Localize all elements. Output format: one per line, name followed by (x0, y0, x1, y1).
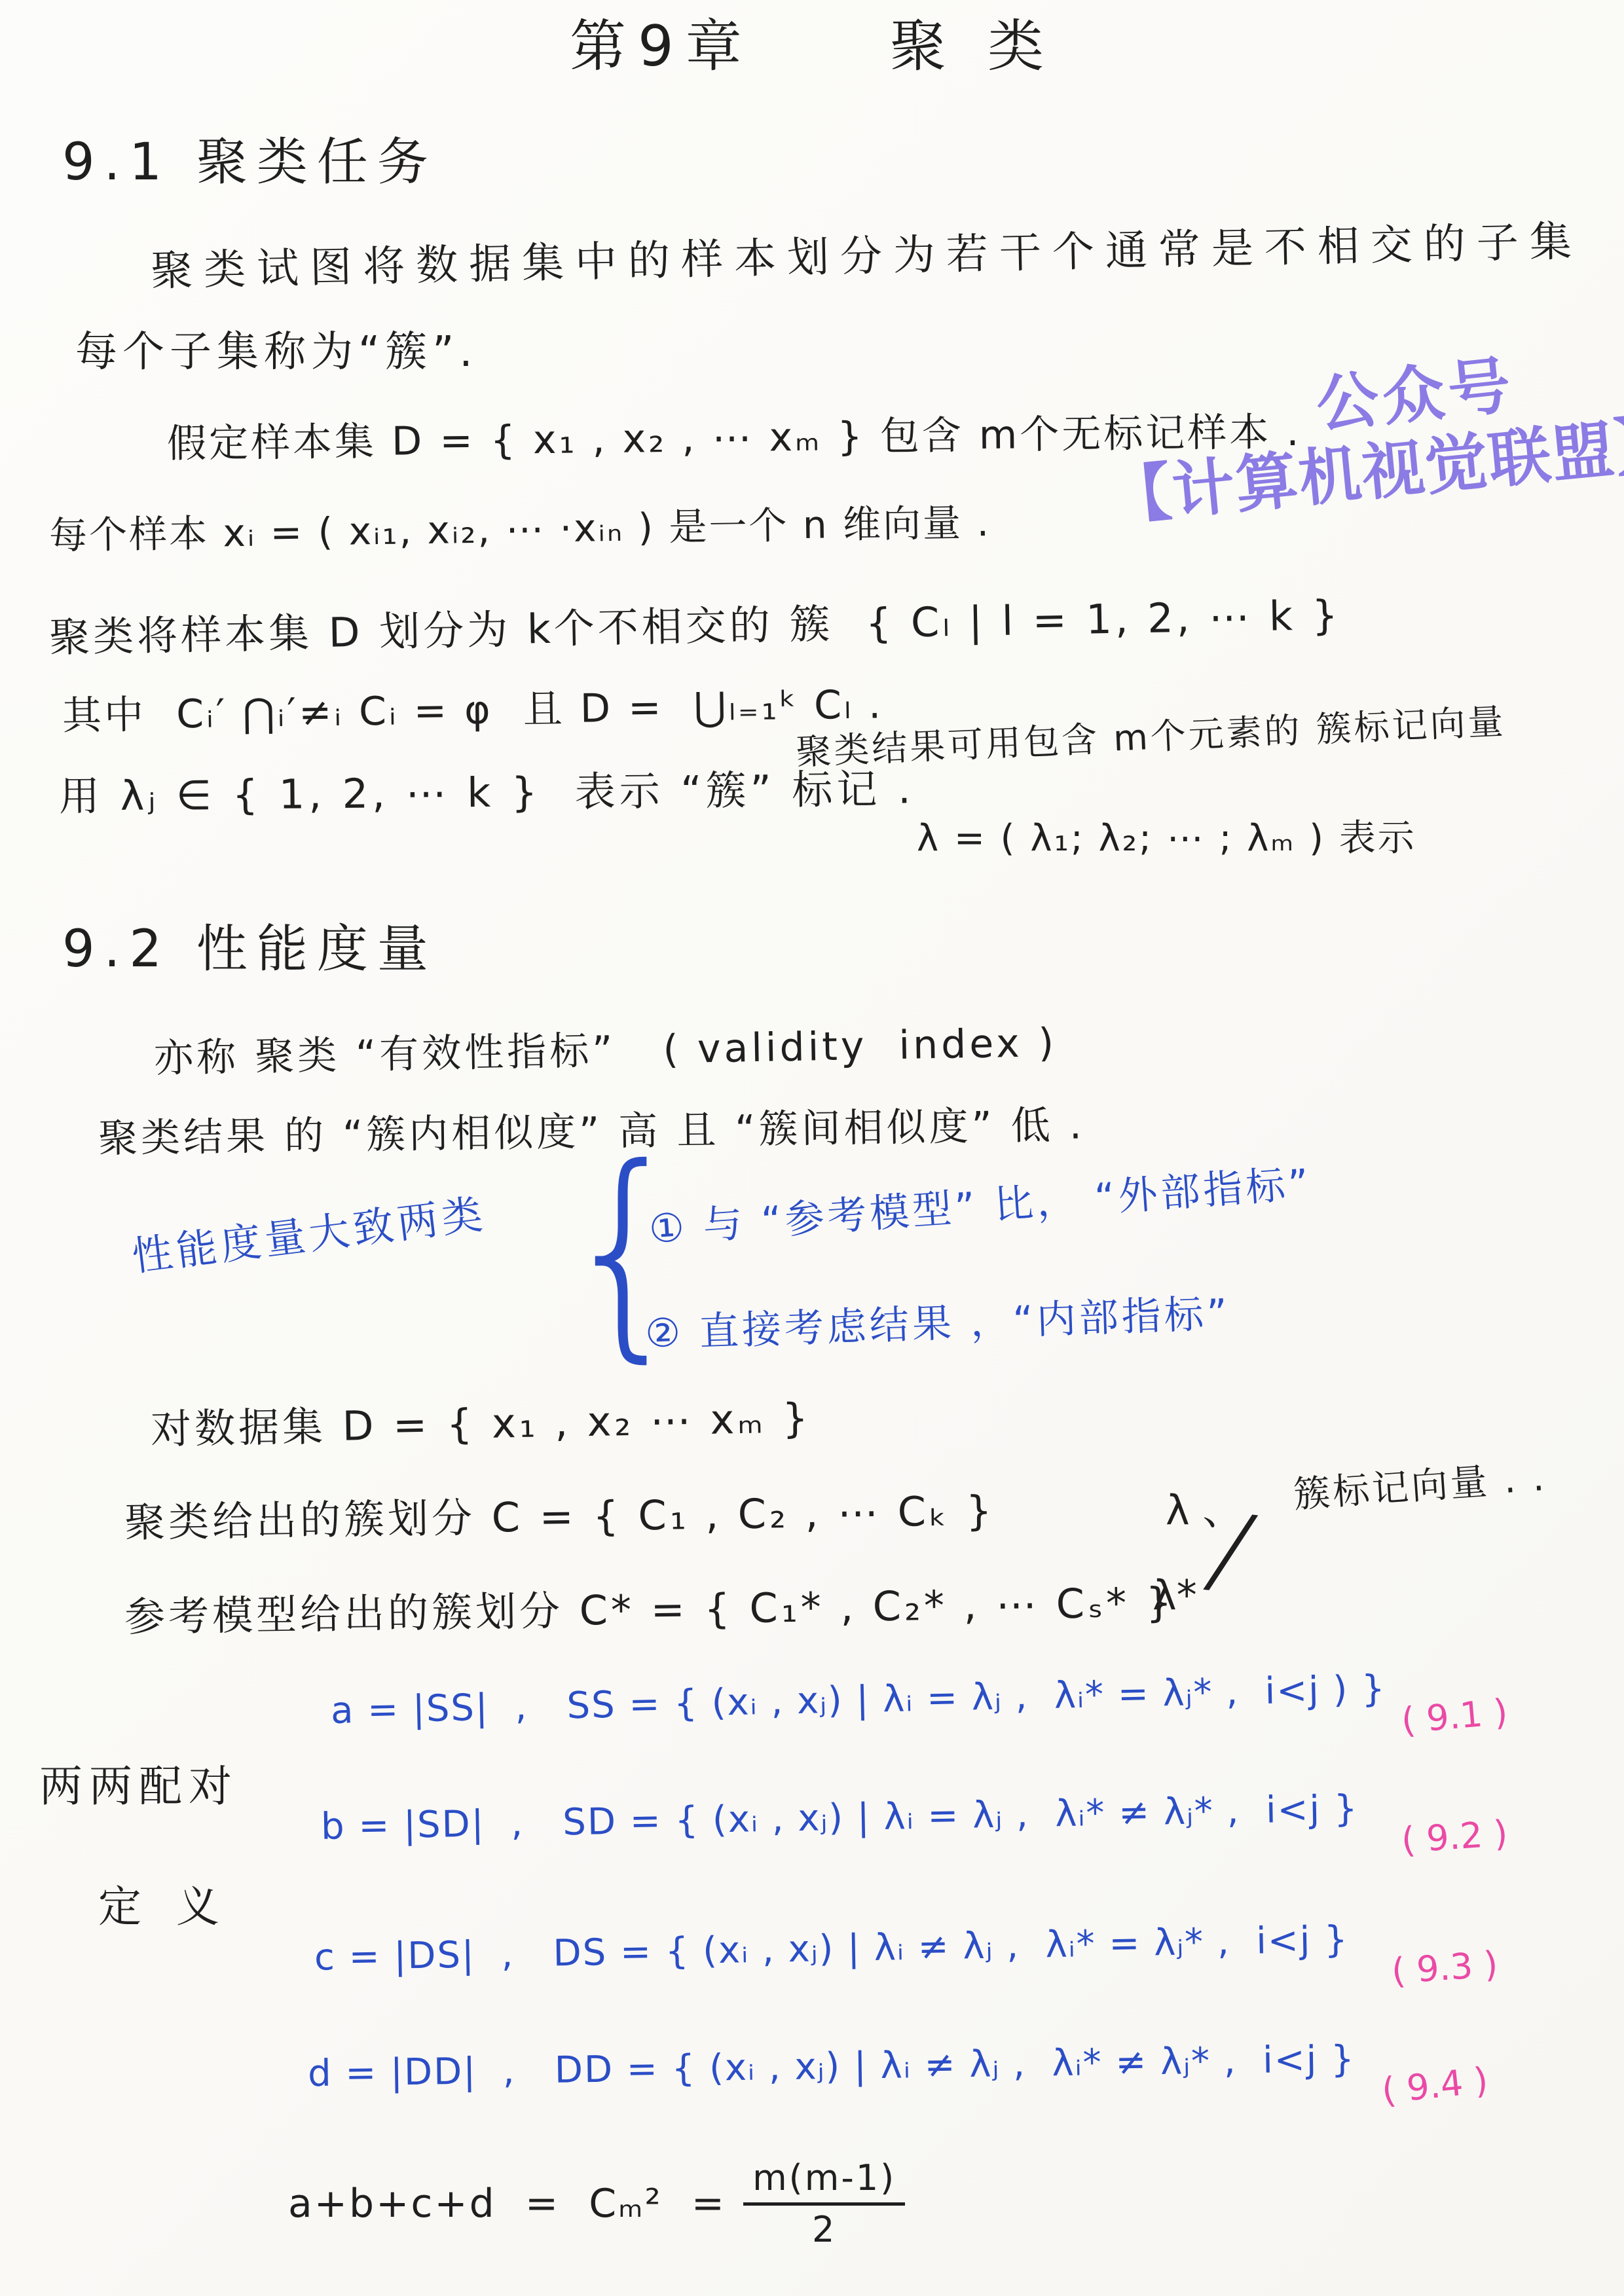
disjoint-union-condition: 其中 Cᵢ′ ⋂ᵢ′≠ᵢ Cᵢ = φ 且 D = ⋃ₗ₌₁ᵏ Cₗ . (62, 680, 884, 741)
lambda-star-annotation: λ* (1153, 1570, 1197, 1621)
section-9-1-heading: 9.1 聚类任务 (62, 131, 437, 195)
equation-number-9-2: ( 9.2 ) (1400, 1811, 1509, 1863)
sample-vector-definition: 每个样本 xᵢ = ( xᵢ₁, xᵢ₂, ⋯ ⋅xᵢₙ ) 是一个 n 维向量… (49, 499, 991, 560)
cluster-label-definition: 用 λⱼ ∈ { 1, 2, ⋯ k } 表示 “簇” 标记 . (59, 763, 915, 822)
equation-number-9-3: ( 9.3 ) (1390, 1942, 1500, 1994)
clustering-definition-line-1: 聚类试图将数据集中的样本划分为若干个通常是不相交的子集 (150, 215, 1583, 298)
dataset-line: 对数据集 D = { x₁ , x₂ ⋯ xₘ } (150, 1393, 811, 1455)
reference-model-partition-line: 参考模型给出的簇划分 C* = { C₁* , C₂* , ⋯ Cₛ* } (124, 1577, 1175, 1643)
cluster-partition-definition: 聚类将样本集 D 划分为 k个不相交的 簇 { Cₗ | l = 1, 2, ⋯… (48, 590, 1341, 663)
clustering-definition-line-2: 每个子集称为“簇”. (75, 326, 478, 378)
internal-index-item: ② 直接考虑结果 ，“内部指标” (644, 1289, 1231, 1358)
fraction: m(m-1) 2 (743, 2158, 905, 2250)
label-vector-note-line-1: 聚类结果可用包含 m个元素的 簇标记向量 (795, 699, 1507, 774)
validity-index-note: 亦称 聚类 “有效性指标” ( validity index ) (153, 1019, 1057, 1084)
label-vector-annotation: 簇标记向量 . . (1292, 1455, 1548, 1519)
clustering-partition-line: 聚类给出的簇划分 C = { C₁ , C₂ , ⋯ Cₖ } (124, 1485, 996, 1548)
performance-measure-classes-label: 性能度量大致两类 (129, 1188, 489, 1282)
section-9-2-heading: 9.2 性能度量 (62, 918, 437, 982)
fraction-denominator: 2 (812, 2206, 836, 2250)
equation-dd: d = |DD| , DD = { (xᵢ , xⱼ) | λᵢ ≠ λⱼ , … (308, 2037, 1356, 2097)
equation-number-9-4: ( 9.4 ) (1380, 2058, 1490, 2113)
pairwise-label: 两两配对 (39, 1760, 238, 1814)
equation-ds: c = |DS| , DS = { (xᵢ , xⱼ) | λᵢ ≠ λⱼ , … (314, 1917, 1350, 1981)
notes-page: 第9章 聚 类 公众号 【计算机视觉联盟】 9.1 聚类任务 聚类试图将数据集中… (0, 0, 1624, 2296)
equation-sd: b = |SD| , SD = { (xᵢ , xⱼ) | λᵢ = λⱼ , … (321, 1786, 1359, 1850)
definition-label: 定 义 (98, 1880, 230, 1935)
chapter-title: 第9章 聚 类 (570, 12, 1056, 82)
slash-connector: ╱ (1206, 1508, 1255, 1597)
fraction-numerator: m(m-1) (743, 2158, 905, 2206)
equation-number-9-1: ( 9.1 ) (1399, 1690, 1509, 1743)
external-index-item: ① 与 “参考模型” 比， “外部指标” (648, 1159, 1314, 1255)
equation-ss: a = |SS| , SS = { (xᵢ , xⱼ) | λᵢ = λⱼ , … (330, 1666, 1386, 1734)
label-vector-note-line-2: λ = ( λ₁; λ₂; ⋯ ; λₘ ) 表示 (917, 816, 1416, 862)
sum-formula-prefix: a+b+c+d = Cₘ² = (288, 2179, 726, 2229)
sum-formula: a+b+c+d = Cₘ² = m(m-1) 2 (288, 2158, 905, 2250)
